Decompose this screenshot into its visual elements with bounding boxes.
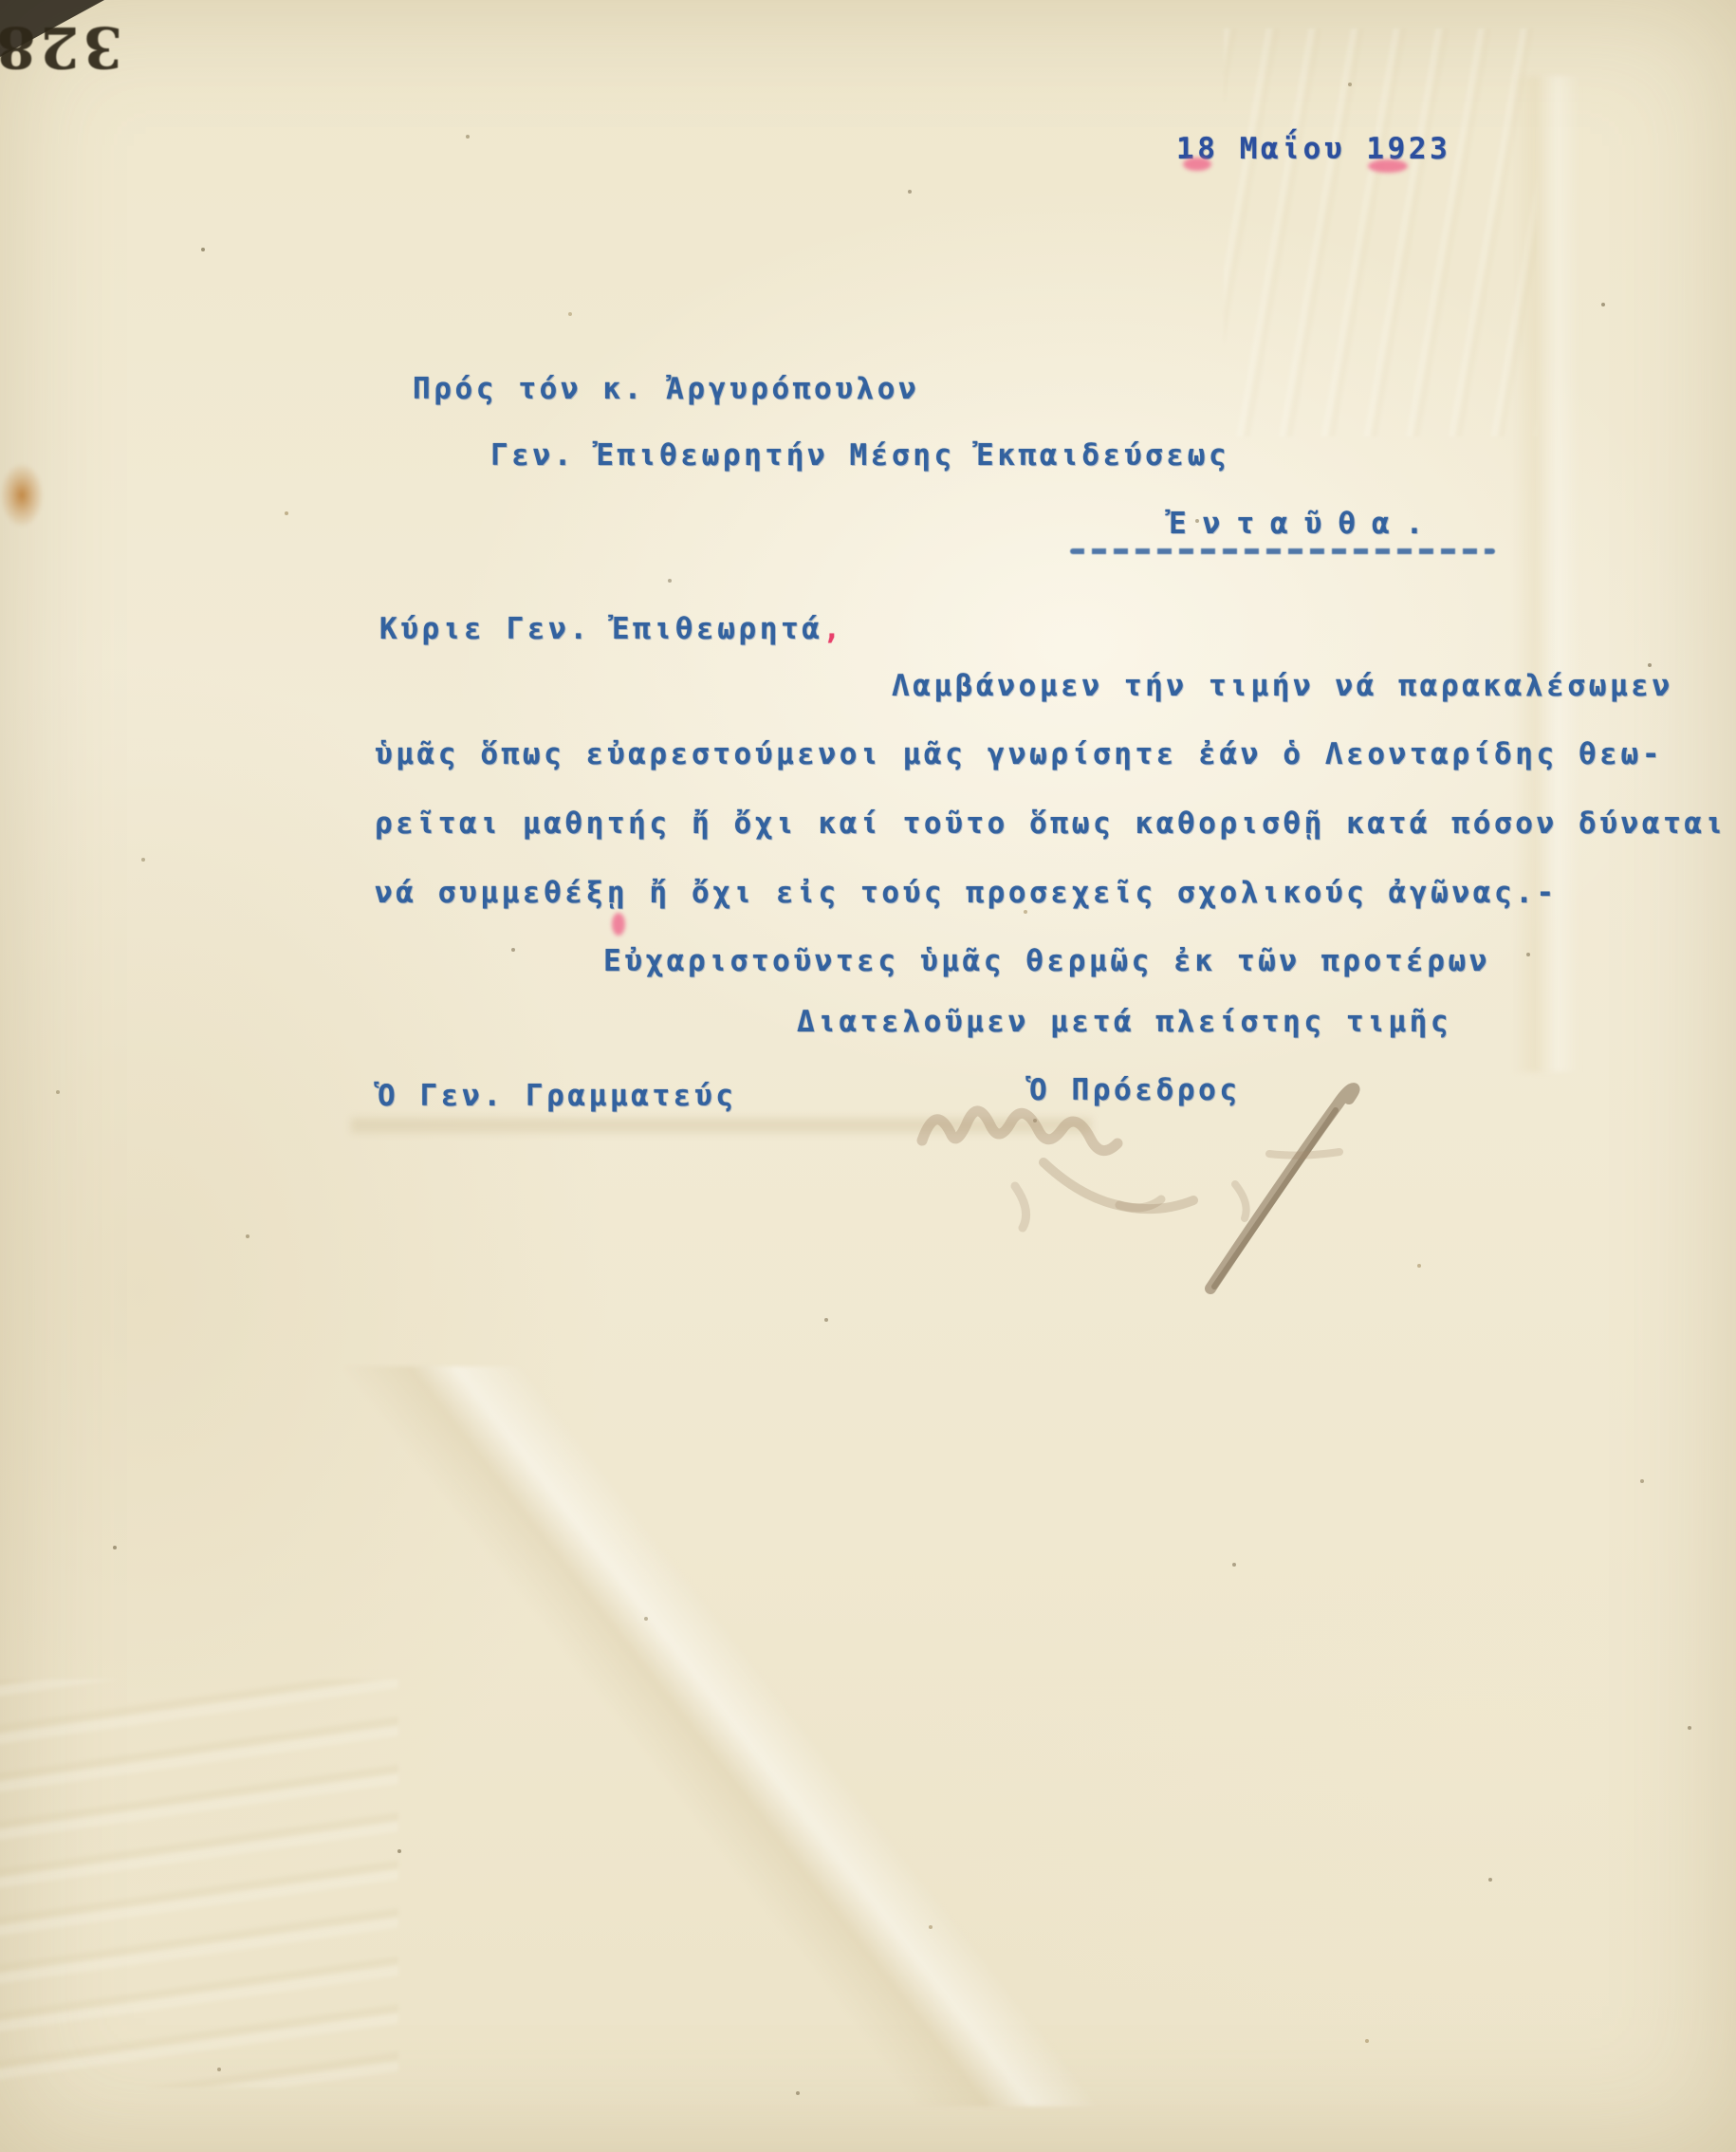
recipient-line-3: Ἐνταῦθα. (1169, 510, 1439, 539)
body-line-3: ρεῖται μαθητής ἤ ὄχι καί τοῦτο ὅπως καθο… (375, 809, 1727, 839)
handwritten-signature (901, 1063, 1432, 1309)
paper-crease-right (1513, 76, 1579, 1072)
body-line-2: ὑμᾶς ὅπως εὐαρεστούμενοι μᾶς γνωρίσητε ἐ… (375, 740, 1663, 770)
paper-crease-bottom-left (0, 1679, 398, 2087)
red-ink-mark-date-year (1368, 159, 1408, 173)
red-ink-mark-body (612, 913, 625, 936)
recipient-line-2: Γεν. Ἐπιθεωρητήν Μέσης Ἐκπαιδεύσεως (490, 441, 1229, 471)
recipient-line-1: Πρός τόν κ. Ἀργυρόπουλον (413, 375, 919, 404)
signature-left-title: Ὁ Γεν. Γραμματεύς (378, 1082, 736, 1111)
recipient-underline (1070, 548, 1495, 554)
paper-stain (0, 463, 44, 528)
salutation-text: Κύριε Γεν. Ἐπιθεωρητά (379, 612, 823, 646)
red-ink-mark-date-day (1183, 158, 1211, 171)
salutation: Κύριε Γεν. Ἐπιθεωρητά, (379, 615, 844, 644)
scanned-letter-page: 328 18 Μαΐου 1923 Πρός τόν κ. Ἀργυρόπουλ… (0, 0, 1736, 2152)
body-line-1: Λαμβάνομεν τήν τιμήν νά παρακαλέσωμεν (892, 672, 1673, 701)
paper-speckles (0, 0, 2, 2)
body-line-4: νά συμμεθέξῃ ἤ ὄχι εἰς τούς προσεχεῖς σχ… (375, 879, 1558, 908)
paper-crease-diagonal (247, 1366, 1195, 2106)
letter-date: 18 Μαΐου 1923 (1176, 135, 1450, 164)
paper-crease-top-right (1224, 28, 1537, 436)
body-line-6: Διατελοῦμεν μετά πλείστης τιμῆς (797, 1008, 1451, 1037)
archive-number-stamp: 328 (0, 13, 122, 80)
salutation-red-comma: , (823, 612, 844, 646)
body-line-5: Εὐχαριστοῦντες ὑμᾶς θερμῶς ἐκ τῶν προτέρ… (603, 947, 1490, 976)
